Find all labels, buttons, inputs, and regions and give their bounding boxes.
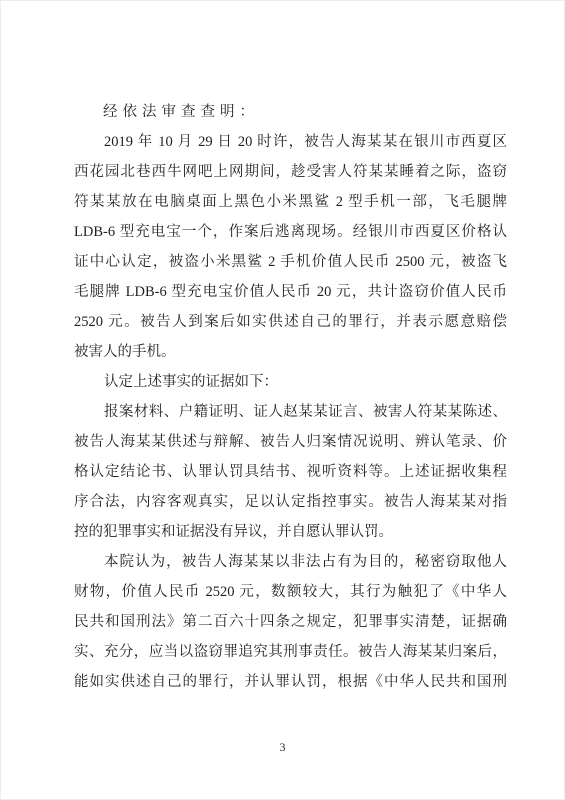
page-number: 3 [0,740,565,754]
text-line: 符某某放在电脑桌面上黑色小米黑鲨 2 型手机一部，飞毛腿牌 [74,187,507,217]
text-line: LDB-6 型充电宝一个，作案后逃离现场。经银川市西夏区价格认 [74,217,507,247]
text-line: 序合法，内容客观真实，足以认定指控事实。被告人海某某对指 [74,487,507,517]
text-line: 本院认为，被告人海某某以非法占有为目的，秘密窃取他人 [74,547,507,577]
section-heading-investigation: 经依法审查查明： [74,97,507,127]
text-line: 被告人海某某供述与辩解、被告人归案情况说明、辨认笔录、价 [74,427,507,457]
text-line: 控的犯罪事实和证据没有异议，并自愿认罪认罚。 [74,517,507,547]
text-line: 能如实供述自己的罪行，并认罪认罚，根据《中华人民共和国刑 [74,667,507,697]
judgment-text-block: 经依法审查查明： 2019 年 10 月 29 日 20 时许，被告人海某某在银… [74,97,507,697]
text-line: 民共和国刑法》第二百六十四条之规定，犯罪事实清楚，证据确 [74,607,507,637]
text-line: 报案材料、户籍证明、证人赵某某证言、被害人符某某陈述、 [74,397,507,427]
text-line: 财物，价值人民币 2520 元，数额较大，其行为触犯了《中华人 [74,577,507,607]
text-line: 西花园北巷西牛网吧上网期间，趁受害人符某某睡着之际，盗窃 [74,157,507,187]
text-line: 毛腿牌 LDB-6 型充电宝价值人民币 20 元，共计盗窃价值人民币 [74,277,507,307]
text-line: 格认定结论书、认罪认罚具结书、视听资料等。上述证据收集程 [74,457,507,487]
text-line: 实、充分，应当以盗窃罪追究其刑事责任。被告人海某某归案后， [74,637,507,667]
section-heading-evidence: 认定上述事实的证据如下： [74,367,507,397]
text-line: 证中心认定，被盗小米黑鲨 2 手机价值人民币 2500 元，被盗飞 [74,247,507,277]
text-line: 2019 年 10 月 29 日 20 时许，被告人海某某在银川市西夏区 [74,127,507,157]
text-line: 被害人的手机。 [74,337,507,367]
document-page: 经依法审查查明： 2019 年 10 月 29 日 20 时许，被告人海某某在银… [0,0,565,800]
text-line: 2520 元。被告人到案后如实供述自己的罪行，并表示愿意赔偿 [74,307,507,337]
